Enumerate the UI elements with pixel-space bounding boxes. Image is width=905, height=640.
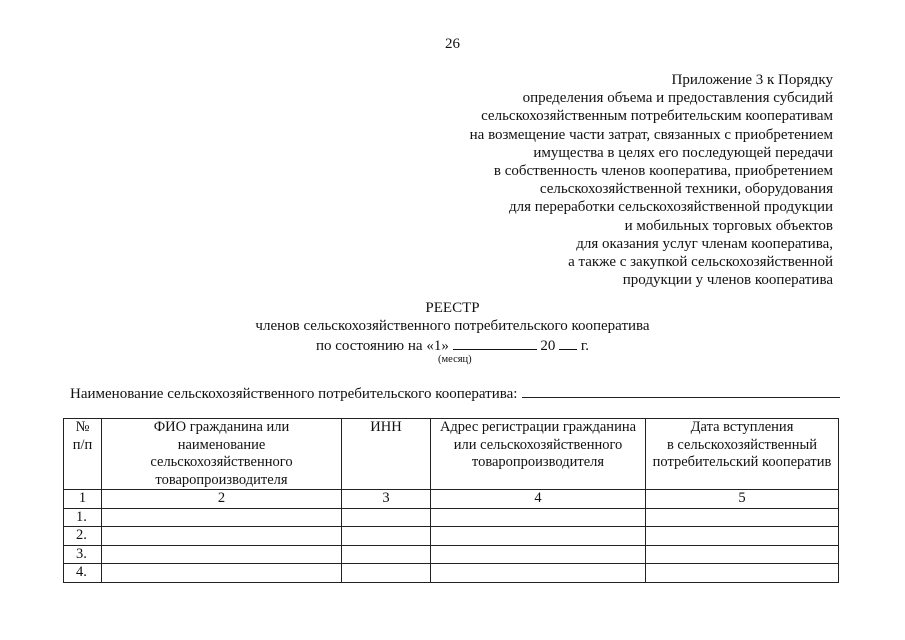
appendix-line: и мобильных торговых объектов [470, 217, 833, 235]
year-prefix: 20 [540, 338, 555, 354]
table-cell[interactable] [342, 564, 431, 583]
header-cell-join-date: Дата вступленияв сельскохозяйственныйпот… [646, 419, 839, 490]
header-cell-number: №п/п [64, 419, 102, 490]
cooperative-name-line: Наименование сельскохозяйственного потре… [70, 385, 840, 403]
appendix-line: определения объема и предоставления субс… [470, 89, 833, 107]
appendix-line: для переработки сельскохозяйственной про… [470, 198, 833, 216]
table-cell[interactable] [431, 564, 646, 583]
table-cell[interactable] [102, 508, 342, 527]
header-cell-inn: ИНН [342, 419, 431, 490]
row-index: 1. [64, 508, 102, 527]
table-cell[interactable] [431, 527, 646, 546]
table-cell[interactable] [342, 527, 431, 546]
table-row: 4. [64, 564, 839, 583]
appendix-line: продукции у членов кооператива [470, 271, 833, 289]
year-blank-field[interactable] [559, 336, 577, 350]
row-index: 2. [64, 527, 102, 546]
column-number: 1 [64, 490, 102, 509]
table-cell[interactable] [102, 545, 342, 564]
appendix-line: на возмещение части затрат, связанных с … [470, 126, 833, 144]
registry-table: №п/п ФИО гражданина илинаименованиесельс… [63, 418, 839, 583]
table-cell[interactable] [646, 545, 839, 564]
appendix-line: Приложение 3 к Порядку [470, 71, 833, 89]
cooperative-name-field[interactable] [522, 385, 840, 398]
column-number: 5 [646, 490, 839, 509]
month-hint: (месяц) [438, 354, 472, 365]
column-number-row: 1 2 3 4 5 [64, 490, 839, 509]
appendix-line: а также с закупкой сельскохозяйственной [470, 253, 833, 271]
table-cell[interactable] [646, 527, 839, 546]
table-header-row: №п/п ФИО гражданина илинаименованиесельс… [64, 419, 839, 490]
column-number: 2 [102, 490, 342, 509]
table-cell[interactable] [102, 527, 342, 546]
table-row: 2. [64, 527, 839, 546]
table-cell[interactable] [342, 508, 431, 527]
date-prefix: по состоянию на «1» [316, 338, 449, 354]
cooperative-name-label: Наименование сельскохозяйственного потре… [70, 386, 517, 402]
row-index: 3. [64, 545, 102, 564]
table-cell[interactable] [342, 545, 431, 564]
table-row: 3. [64, 545, 839, 564]
table-cell[interactable] [646, 564, 839, 583]
table-cell[interactable] [646, 508, 839, 527]
month-blank-field[interactable] [453, 336, 537, 350]
table-cell[interactable] [431, 545, 646, 564]
column-number: 3 [342, 490, 431, 509]
appendix-note: Приложение 3 к Порядкуопределения объема… [470, 71, 833, 289]
row-index: 4. [64, 564, 102, 583]
appendix-line: для оказания услуг членам кооператива, [470, 235, 833, 253]
table-cell[interactable] [431, 508, 646, 527]
date-line: по состоянию на «1» 20 г. [0, 336, 905, 355]
appendix-line: в собственность членов кооператива, прио… [470, 162, 833, 180]
table-cell[interactable] [102, 564, 342, 583]
page-number: 26 [0, 36, 905, 53]
table-row: 1. [64, 508, 839, 527]
document-title: РЕЕСТР [0, 299, 905, 317]
appendix-line: имущества в целях его последующей переда… [470, 144, 833, 162]
header-cell-name: ФИО гражданина илинаименованиесельскохоз… [102, 419, 342, 490]
header-cell-address: Адрес регистрации гражданинаили сельскох… [431, 419, 646, 490]
appendix-line: сельскохозяйственным потребительским коо… [470, 107, 833, 125]
appendix-line: сельскохозяйственной техники, оборудован… [470, 180, 833, 198]
column-number: 4 [431, 490, 646, 509]
year-suffix: г. [581, 338, 589, 354]
document-subtitle: членов сельскохозяйственного потребитель… [0, 317, 905, 335]
